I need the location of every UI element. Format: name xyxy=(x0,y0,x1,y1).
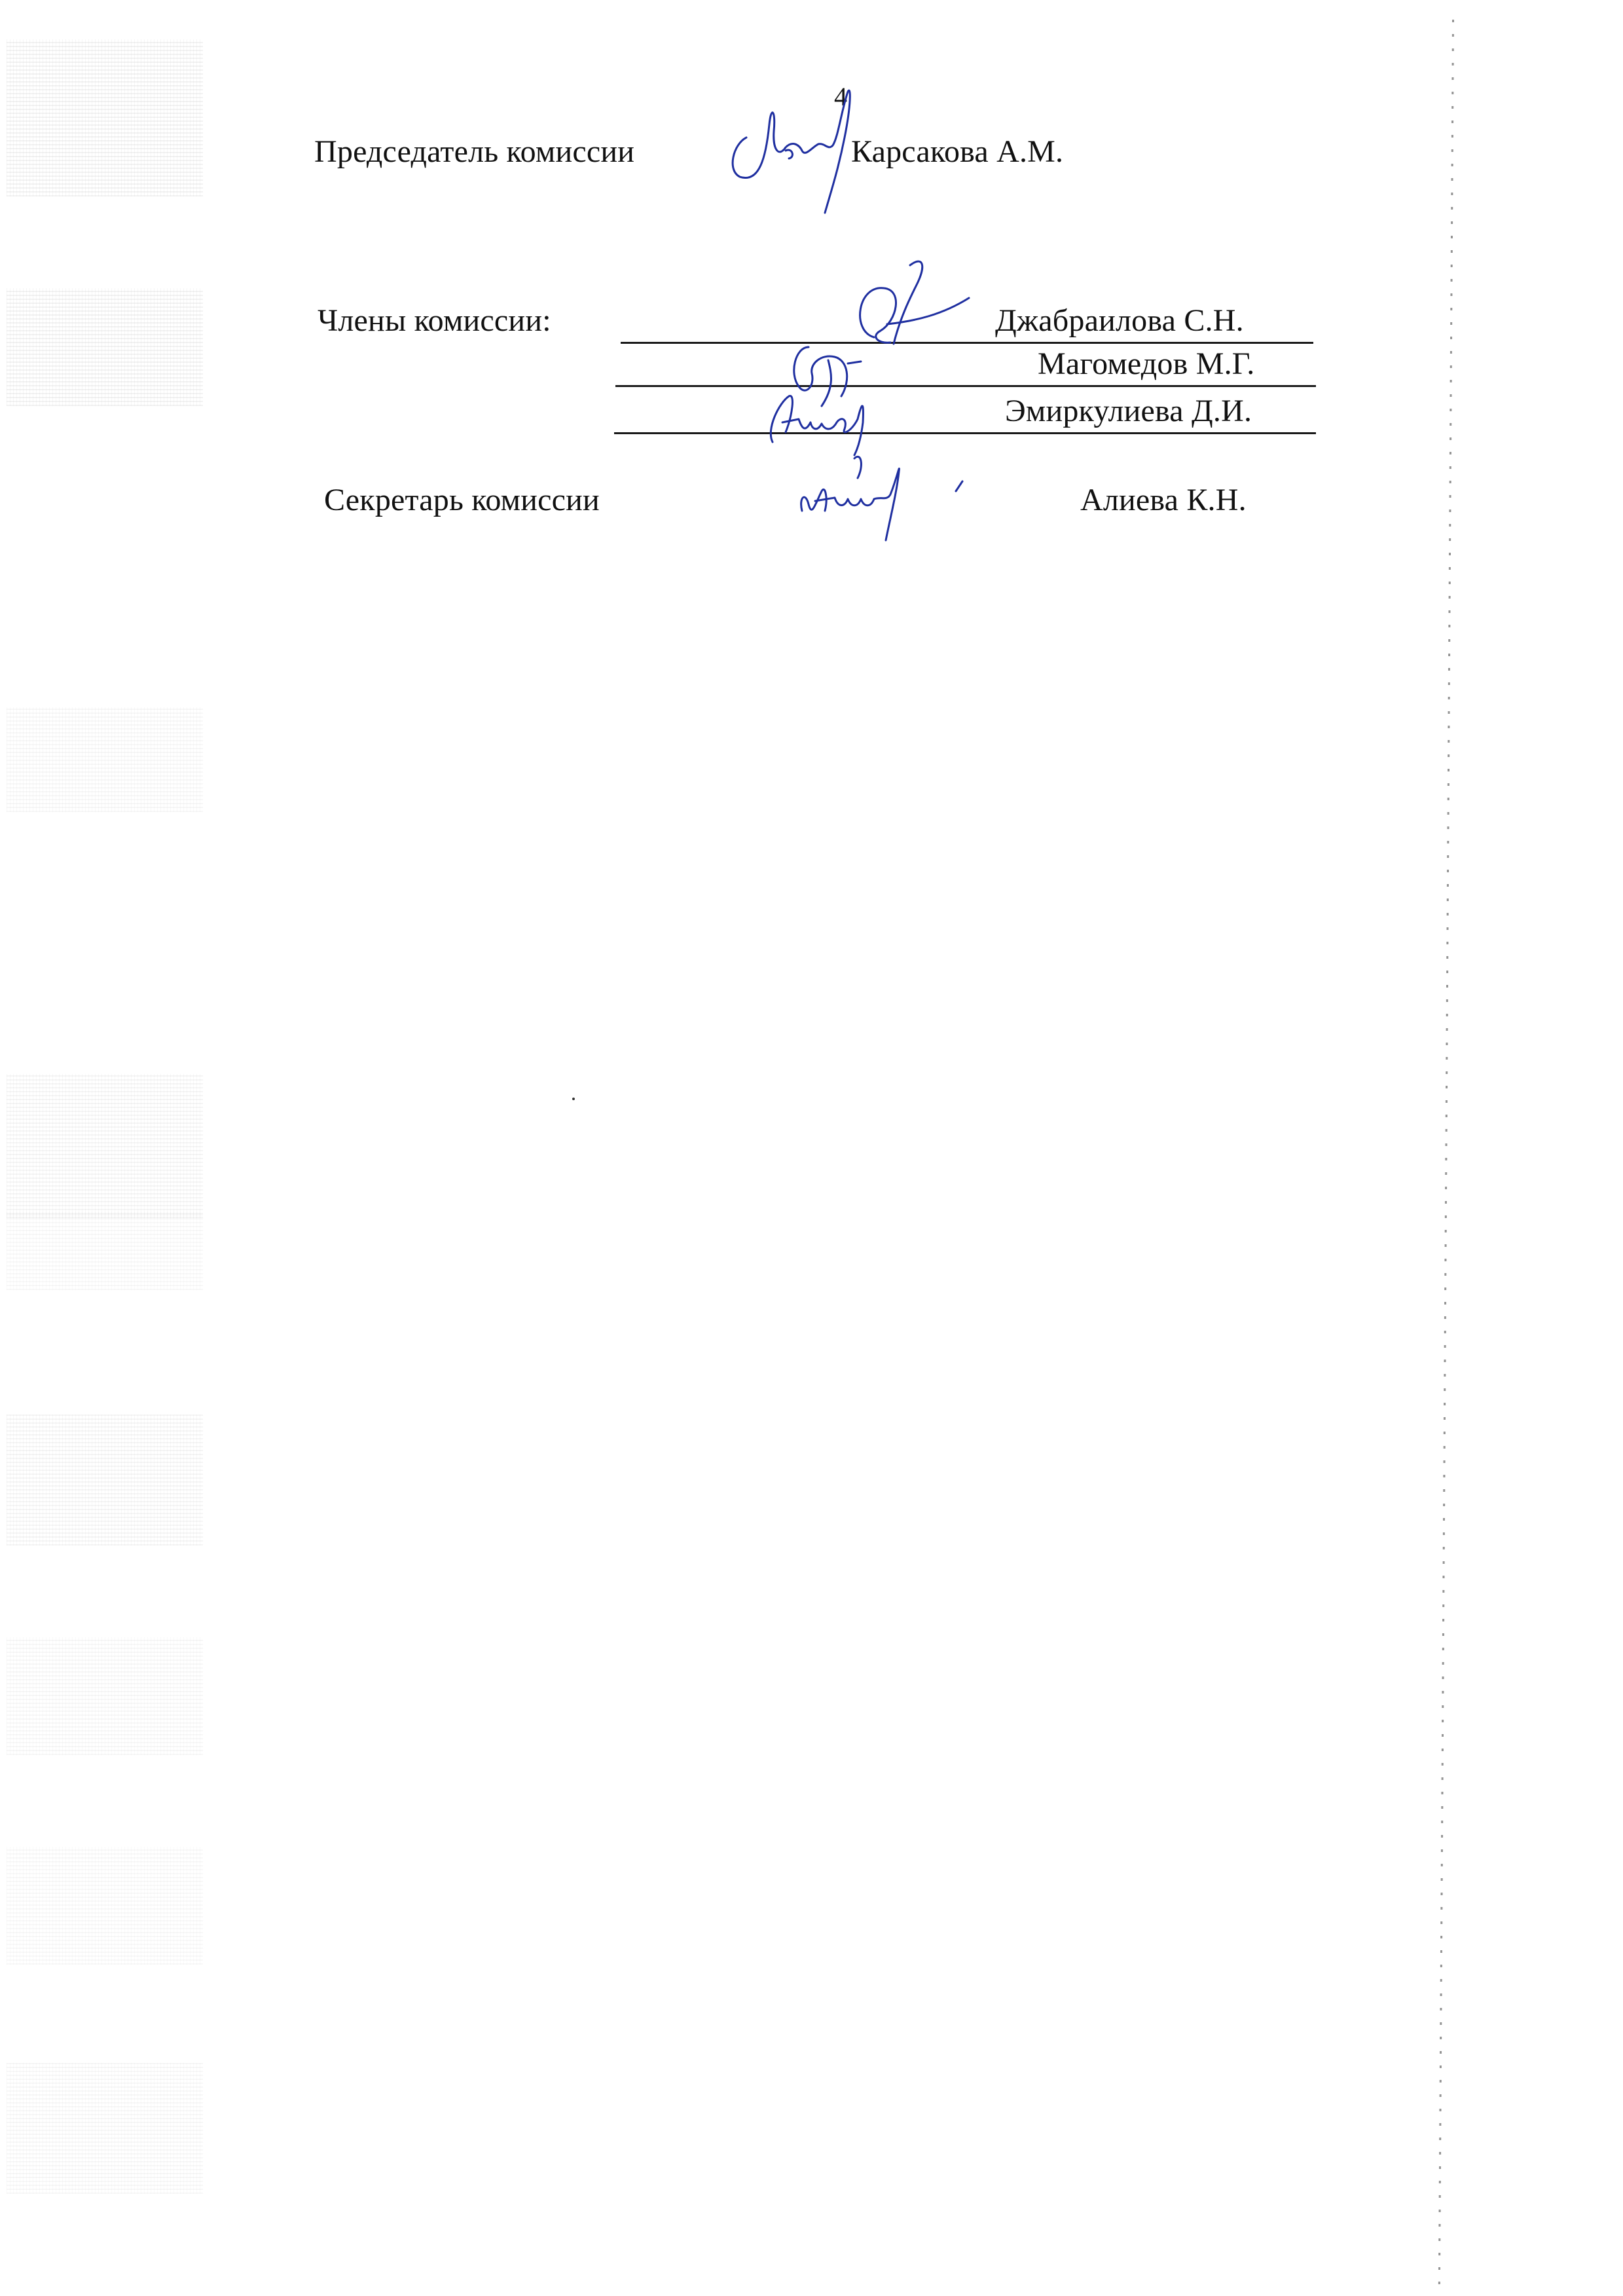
member-name-1: Джабраилова С.Н. xyxy=(995,305,1244,337)
scan-noise xyxy=(7,1637,203,1755)
scan-speck xyxy=(572,1098,575,1100)
scan-noise xyxy=(7,1212,203,1290)
scan-noise xyxy=(7,707,203,812)
scan-noise xyxy=(7,2063,203,2194)
secretary-signature xyxy=(789,445,985,544)
scan-noise xyxy=(7,1847,203,1965)
chairman-name: Карсакова А.М. xyxy=(851,136,1063,168)
member-name-3: Эмиркулиева Д.И. xyxy=(1005,396,1252,427)
member-signature-3 xyxy=(759,383,903,455)
scan-noise xyxy=(7,39,203,196)
secretary-name: Алиева К.Н. xyxy=(1080,485,1247,516)
chairman-signature xyxy=(720,85,871,216)
member-name-2: Магомедов М.Г. xyxy=(1038,348,1255,380)
scanned-document-page: 4 Председатель комиссии Карсакова А.М. Ч… xyxy=(0,0,1623,2296)
scan-noise xyxy=(7,288,203,406)
secretary-role-label: Секретарь комиссии xyxy=(324,485,600,516)
members-role-label: Члены комиссии: xyxy=(318,305,551,337)
chairman-role-label: Председатель комиссии xyxy=(314,136,634,168)
scan-noise xyxy=(7,1074,203,1218)
member-signature-line xyxy=(615,385,1316,387)
scan-edge-line xyxy=(1438,20,1454,2286)
member-signature-line xyxy=(614,432,1316,434)
scan-noise xyxy=(7,1415,203,1546)
